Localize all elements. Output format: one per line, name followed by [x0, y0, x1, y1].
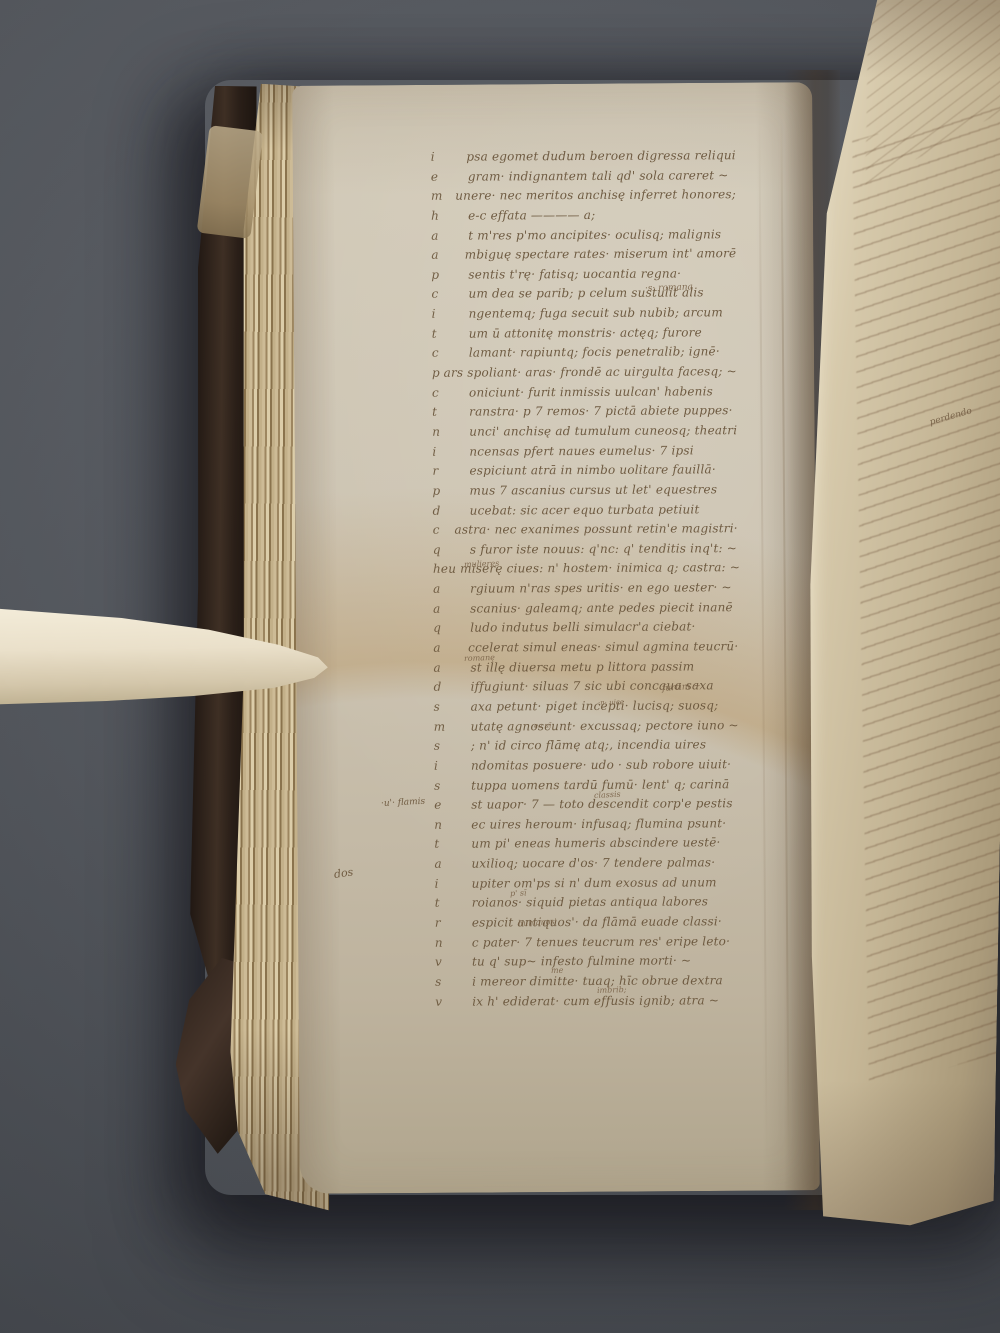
page-fold-line	[758, 113, 767, 1165]
line-text: tuppa uomens tardū fumū· lent' q; carinā	[471, 775, 739, 796]
line-initial: n	[428, 933, 472, 953]
manuscript-line: t um ū attonitę monstris· actęq; furore	[425, 323, 737, 344]
line-initial: i	[427, 756, 471, 776]
line-text: ranstra· p 7 remos· 7 pictā abiete puppe…	[469, 402, 737, 423]
line-text: gram· indignantem tali qd' sola careret …	[468, 166, 736, 187]
line-initial: d	[427, 678, 471, 698]
line-initial: t	[428, 894, 472, 914]
manuscript-line: a rgiuum n'ras spes uritis· en ego ueste…	[426, 578, 738, 599]
manuscript-line: i ndomitas posuere· udo · sub robore uiu…	[427, 755, 739, 776]
line-initial: s	[427, 776, 471, 796]
right-page-text-foreshortened	[852, 99, 1000, 1090]
line-initial: q	[426, 540, 470, 560]
line-text: c pater· 7 tenues teucrum res' eripe let…	[472, 932, 740, 953]
manuscript-line: h e-c effata ———— a;	[424, 205, 736, 226]
line-text: ; n' id circo flāmę atq;, incendia uires	[471, 735, 739, 756]
line-text: eu miserę ciues: n' hostem· inimica q; c…	[441, 559, 740, 580]
line-initial: a	[427, 855, 471, 875]
line-text: unci' anchisę ad tumulum cuneosq; theatr…	[469, 421, 737, 442]
line-initial: c	[424, 285, 468, 305]
manuscript-line: s i mereor dimitte· tuaq; hīc obrue dext…	[428, 971, 740, 992]
line-text: mbiguę spectare rates· miserum int' amor…	[465, 244, 737, 265]
line-text: mus 7 ascanius cursus ut let' equestres	[469, 480, 737, 501]
line-initial: p	[425, 481, 469, 501]
manuscript-line: r espicit antiquos'· da flāmā euade clas…	[428, 912, 740, 933]
manuscript-line: p mus 7 ascanius cursus ut let' equestre…	[425, 480, 737, 501]
line-initial: a	[426, 599, 470, 619]
manuscript-line: c um dea se parib; p celum sustulit alis	[424, 284, 736, 305]
line-text: ndomitas posuere· udo · sub robore uiuit…	[471, 755, 739, 776]
line-initial: t	[425, 403, 469, 423]
line-initial: t	[425, 324, 469, 344]
line-initial: p	[425, 364, 444, 384]
manuscript-photograph: i psa egomet dudum beroen digressa reliq…	[0, 0, 1000, 1333]
manuscript-line: i ngentemq; fuga secuit sub nubib; arcum	[425, 303, 737, 324]
line-text: espiciunt atrā in nimbo uolitare fauillā…	[469, 460, 737, 481]
manuscript-line: d iffugiunt· siluas 7 sic ubi concaua sa…	[427, 676, 739, 697]
line-initial: e	[427, 796, 471, 816]
line-text: st uapor· 7 — toto descendit corp'e pest…	[471, 794, 739, 815]
line-text: um ū attonitę monstris· actęq; furore	[469, 323, 737, 344]
line-text: iffugiunt· siluas 7 sic ubi concaua saxa	[471, 676, 739, 697]
line-text: ix h' ediderat· cum effusis ignib; atra …	[472, 991, 740, 1012]
line-text: espicit antiquos'· da flāmā euade classi…	[472, 912, 740, 933]
line-initial: i	[425, 442, 469, 462]
line-text: um dea se parib; p celum sustulit alis	[468, 284, 736, 305]
line-initial: v	[428, 992, 472, 1012]
manuscript-line: p ars spoliant· aras· frondē ac uirgulta…	[425, 362, 737, 383]
line-initial: e	[424, 167, 468, 187]
manuscript-line: e st uapor· 7 — toto descendit corp'e pe…	[427, 794, 739, 815]
manuscript-line: a st illę diuersa metu p littora passim	[426, 657, 738, 678]
manuscript-line: s axa petunt· piget incepti· lucisq; suo…	[427, 696, 739, 717]
line-initial: a	[424, 246, 465, 266]
line-initial: r	[428, 914, 472, 934]
manuscript-line: e gram· indignantem tali qd' sola carere…	[424, 166, 736, 187]
manuscript-line: m unere· nec meritos anchisę inferret ho…	[424, 185, 736, 206]
line-initial: s	[428, 972, 472, 992]
line-text: ngentemq; fuga secuit sub nubib; arcum	[469, 303, 737, 324]
line-initial: d	[426, 501, 470, 521]
line-text: ludo indutus belli simulacr'a ciebat·	[470, 618, 738, 639]
manuscript-line: c astra· nec exanimes possunt retin'e ma…	[426, 519, 738, 540]
manuscript-line: a ccelerat simul eneas· simul agmina teu…	[426, 637, 738, 658]
line-initial: i	[425, 305, 469, 325]
manuscript-line: n c pater· 7 tenues teucrum res' eripe l…	[428, 932, 740, 953]
line-initial: a	[426, 580, 470, 600]
line-initial: r	[425, 462, 469, 482]
line-text: roianos· siquid pietas antiqua labores	[472, 893, 740, 914]
line-text: i mereor dimitte· tuaq; hīc obrue dextra	[472, 971, 740, 992]
line-text: tu q' sup~ infesto fulmine morti· ~	[472, 951, 740, 972]
line-initial: c	[425, 383, 469, 403]
manuscript-line: n ec uires heroum· infusaq; flumina psun…	[427, 814, 739, 835]
line-initial: i	[424, 148, 467, 168]
manuscript-line: s tuppa uomens tardū fumū· lent' q; cari…	[427, 775, 739, 796]
line-initial: s	[427, 737, 471, 757]
line-initial: m	[424, 187, 455, 207]
line-text: rgiuum n'ras spes uritis· en ego uester·…	[470, 578, 738, 599]
line-initial: t	[427, 835, 471, 855]
line-text: scanius· galeamq; ante pedes piecit inan…	[470, 598, 738, 619]
manuscript-line: v tu q' sup~ infesto fulmine morti· ~	[428, 951, 740, 972]
text-column: i psa egomet dudum beroen digressa reliq…	[424, 146, 741, 1012]
manuscript-line: c oniciunt· furit inmissis uulcan' haben…	[425, 382, 737, 403]
line-text: sentis t'rę· fatisq; uocantia regna·	[468, 264, 736, 285]
manuscript-line: v ix h' ediderat· cum effusis ignib; atr…	[428, 991, 740, 1012]
line-text: s furor iste nouus: q'nc: q' tenditis in…	[470, 539, 738, 560]
line-text: oniciunt· furit inmissis uulcan' habenis	[469, 382, 737, 403]
line-initial: a	[424, 226, 468, 246]
manuscript-line: p sentis t'rę· fatisq; uocantia regna·	[424, 264, 736, 285]
line-initial: n	[425, 423, 469, 443]
line-text: utatę agnoscunt· excussaq; pectore iuno …	[471, 716, 739, 737]
line-text: axa petunt· piget incepti· lucisq; suosq…	[471, 696, 739, 717]
line-initial: v	[428, 953, 472, 973]
manuscript-line: i psa egomet dudum beroen digressa reliq…	[424, 146, 736, 167]
manuscript-line: d ucebat: sic acer equo turbata petiuit	[426, 500, 738, 521]
manuscript-line: i ncensas pfert naues eumelus· 7 ipsi	[425, 441, 737, 462]
line-initial: n	[427, 815, 471, 835]
line-text: astra· nec exanimes possunt retin'e magi…	[454, 519, 737, 540]
manuscript-line: c lamant· rapiuntq; focis penetralib; ig…	[425, 343, 737, 364]
manuscript-line: t ranstra· p 7 remos· 7 pictā abiete pup…	[425, 402, 737, 423]
manuscript-line: t um pi' eneas humeris abscindere uestē·	[427, 834, 739, 855]
line-text: unere· nec meritos anchisę inferret hono…	[455, 185, 736, 206]
manuscript-line: q ludo indutus belli simulacr'a ciebat·	[426, 618, 738, 639]
line-text: st illę diuersa metu p littora passim	[470, 657, 738, 678]
line-text: psa egomet dudum beroen digressa reliqui	[466, 146, 736, 167]
line-text: upiter om'ps si n' dum exosus ad unum	[472, 873, 740, 894]
line-text: t m'res p'mo ancipites· oculisq; maligni…	[468, 225, 736, 246]
line-text: ars spoliant· aras· frondē ac uirgulta f…	[444, 362, 737, 383]
line-text: ec uires heroum· infusaq; flumina psunt·	[471, 814, 739, 835]
manuscript-line: r espiciunt atrā in nimbo uolitare fauil…	[425, 460, 737, 481]
line-initial: s	[427, 698, 471, 718]
manuscript-line: t roianos· siquid pietas antiqua labores	[428, 893, 740, 914]
line-initial: c	[426, 521, 455, 541]
line-initial: h	[426, 560, 441, 580]
manuscript-line: q s furor iste nouus: q'nc: q' tenditis …	[426, 539, 738, 560]
manuscript-line: a uxilioq; uocare d'os· 7 tendere palmas…	[427, 853, 739, 874]
line-text: ucebat: sic acer equo turbata petiuit	[470, 500, 738, 521]
line-text: lamant· rapiuntq; focis penetralib; ignē…	[469, 343, 737, 364]
line-text: um pi' eneas humeris abscindere uestē·	[471, 834, 739, 855]
manuscript-line: a scanius· galeamq; ante pedes piecit in…	[426, 598, 738, 619]
manuscript-line: i upiter om'ps si n' dum exosus ad unum	[428, 873, 740, 894]
line-initial: c	[425, 344, 469, 364]
line-text: ncensas pfert naues eumelus· 7 ipsi	[469, 441, 737, 462]
line-text: uxilioq; uocare d'os· 7 tendere palmas·	[471, 853, 739, 874]
line-initial: a	[426, 658, 470, 678]
manuscript-line: s ; n' id circo flāmę atq;, incendia uir…	[427, 735, 739, 756]
line-initial: m	[427, 717, 471, 737]
line-initial: i	[428, 874, 472, 894]
manuscript-line: a t m'res p'mo ancipites· oculisq; malig…	[424, 225, 736, 246]
line-text: ccelerat simul eneas· simul agmina teucr…	[468, 637, 738, 658]
manuscript-line: a mbiguę spectare rates· miserum int' am…	[424, 244, 736, 265]
line-initial: p	[424, 265, 468, 285]
line-initial: q	[426, 619, 470, 639]
manuscript-line: h eu miserę ciues: n' hostem· inimica q;…	[426, 559, 738, 580]
line-initial: a	[426, 639, 468, 659]
line-initial: h	[424, 207, 468, 227]
manuscript-line: n unci' anchisę ad tumulum cuneosq; thea…	[425, 421, 737, 442]
manuscript-line: m utatę agnoscunt· excussaq; pectore iun…	[427, 716, 739, 737]
line-text: e-c effata ———— a;	[468, 205, 736, 226]
